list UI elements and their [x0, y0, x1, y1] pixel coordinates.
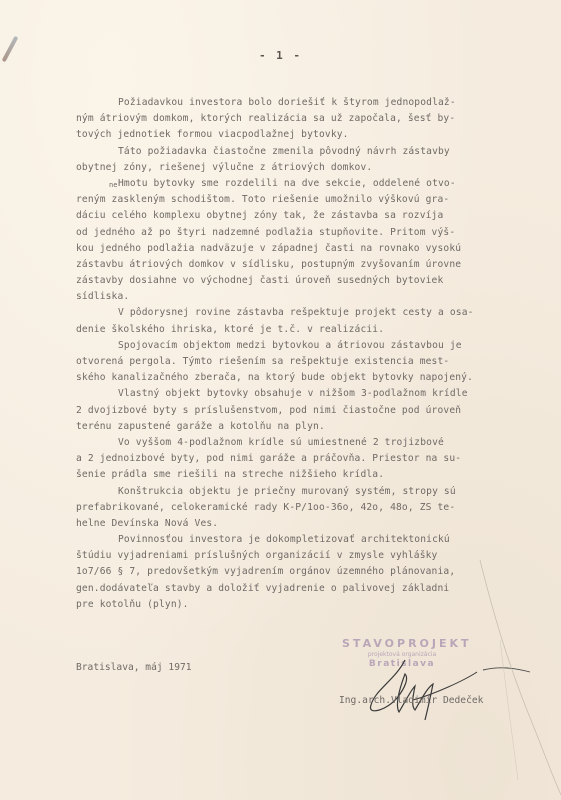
text-line: a 2 jednoizbové byty, pod nimi garáže a …	[76, 451, 516, 467]
text-line: otvorená pergola. Týmto riešením sa rešp…	[76, 354, 516, 370]
text-line: ným átriovým domkom, ktorých realizácia …	[76, 111, 516, 127]
text-line: Vo vyššom 4-podlažnom krídle sú umiestne…	[76, 435, 516, 451]
text-line: zástavbu átriových domkov v sídlisku, po…	[76, 257, 516, 273]
text-line: reným zaskleným schodištom. Toto riešeni…	[76, 192, 516, 208]
text-line: Spojovacím objektom medzi bytovkou a átr…	[76, 338, 516, 354]
text-line: Táto požiadavka čiastočne zmenila pôvodn…	[76, 144, 516, 160]
text-line: Vlastný objekt bytovky obsahuje v nižšom…	[76, 386, 516, 402]
page-number: - 1 -	[0, 49, 561, 62]
text-line: 2 dvojizbové byty s príslušenstvom, pod …	[76, 403, 516, 419]
text-line: od jedného až po štyri nadzemné podlažia…	[76, 225, 516, 241]
handwritten-insertion: ne	[109, 181, 117, 189]
text-line: denie školského ihriska, ktoré je t.č. v…	[76, 322, 516, 338]
text-line: ského kanalizačného zberača, na ktorý bu…	[76, 370, 516, 386]
text-line: Povinnosťou investora je dokompletizovať…	[76, 532, 516, 548]
text-line: V pôdorysnej rovine zástavba rešpektuje …	[76, 305, 516, 321]
text-line: tových jednotiek formou viacpodlažnej by…	[76, 127, 516, 143]
text-line: Hmotu bytovky sme rozdelili na dve sekci…	[76, 176, 516, 192]
text-line: Požiadavkou investora bolo doriešiť k št…	[76, 95, 516, 111]
text-line: šenie prádla sme riešili na streche nižš…	[76, 467, 516, 483]
text-line: sídliska.	[76, 289, 516, 305]
text-line: zástavby dosiahne vo východnej časti úro…	[76, 273, 516, 289]
text-line: dáciu celého komplexu obytnej zóny tak, …	[76, 208, 516, 224]
place-and-date: Bratislava, máj 1971	[76, 662, 192, 673]
text-line: helne Devínska Nová Ves.	[76, 516, 516, 532]
text-line: kou jedného podlažia nadväzuje v západne…	[76, 241, 516, 257]
document-body: Požiadavkou investora bolo doriešiť k št…	[76, 95, 516, 613]
paper-crease	[440, 560, 561, 800]
text-line: prefabrikované, celokeramické rady K-P/1…	[76, 500, 516, 516]
text-line: obytnej zóny, riešenej výlučne z átriový…	[76, 160, 516, 176]
document-page: - 1 - Požiadavkou investora bolo dorieši…	[0, 0, 561, 800]
text-line: terénu zapustené garáže a kotolňu na ply…	[76, 419, 516, 435]
text-line: Konštrukcia objektu je priečny murovaný …	[76, 484, 516, 500]
